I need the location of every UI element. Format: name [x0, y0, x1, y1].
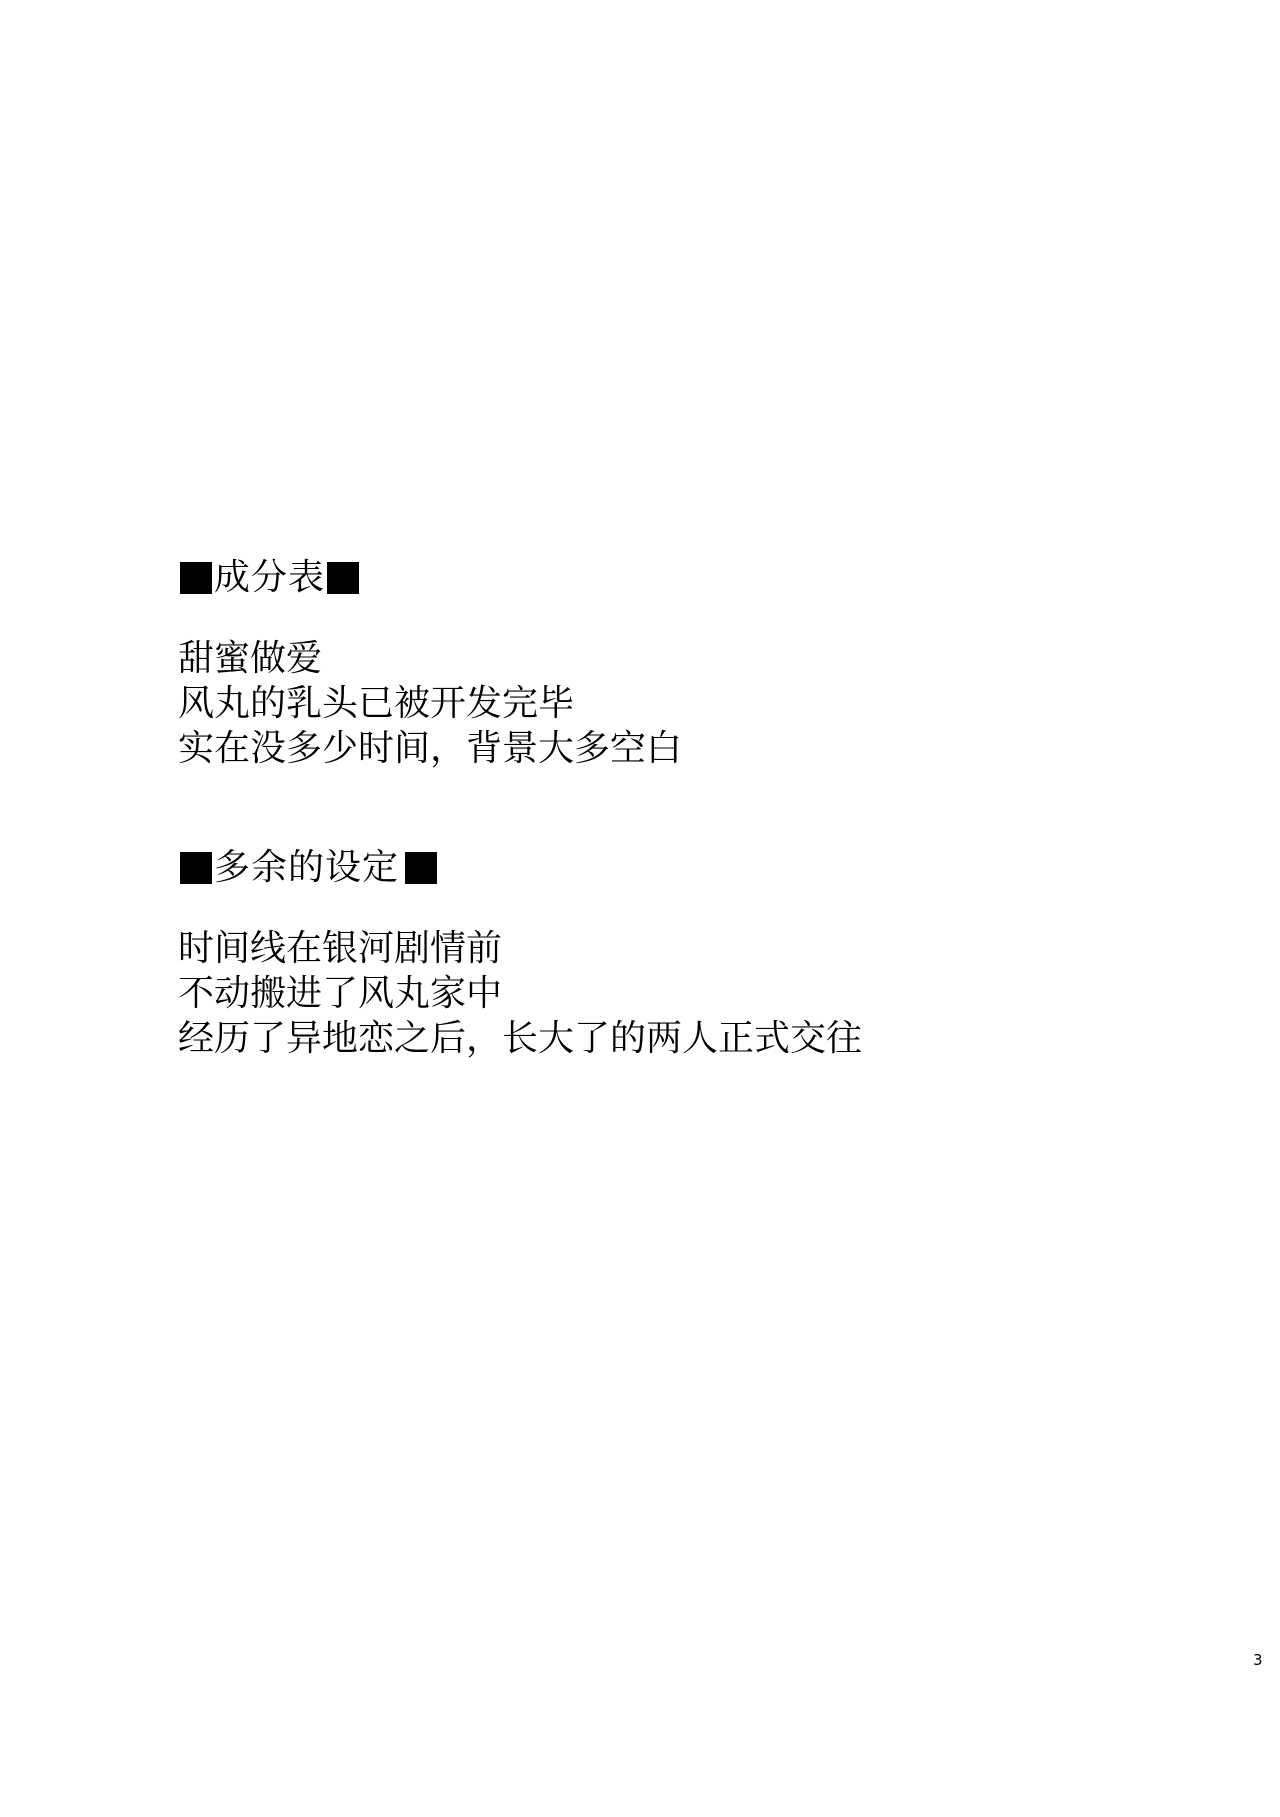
section-body: 时间线在银河剧情前 不动搬进了风丸家中 经历了异地恋之后，长大了的两人正式交往 [178, 926, 862, 1061]
page-number: 3 [1253, 1651, 1263, 1669]
document-page: 成分表 甜蜜做爱 风丸的乳头已被开发完毕 实在没多少时间，背景大多空白 多余的设… [0, 0, 1280, 1817]
body-line: 风丸的乳头已被开发完毕 [178, 681, 682, 726]
black-square-icon [327, 562, 359, 594]
section-extra-settings: 多余的设定 时间线在银河剧情前 不动搬进了风丸家中 经历了异地恋之后，长大了的两… [178, 846, 862, 1061]
heading-text: 成分表 [214, 556, 325, 600]
body-line: 实在没多少时间，背景大多空白 [178, 726, 682, 771]
black-square-icon [180, 562, 212, 594]
section-body: 甜蜜做爱 风丸的乳头已被开发完毕 实在没多少时间，背景大多空白 [178, 636, 682, 771]
black-square-icon [180, 852, 212, 884]
body-line: 甜蜜做爱 [178, 636, 682, 681]
section-heading: 多余的设定 [178, 846, 862, 890]
heading-text: 多余的设定 [214, 846, 399, 890]
section-heading: 成分表 [178, 556, 682, 600]
section-ingredients: 成分表 甜蜜做爱 风丸的乳头已被开发完毕 实在没多少时间，背景大多空白 [178, 556, 682, 771]
black-square-icon [405, 852, 437, 884]
body-line: 时间线在银河剧情前 [178, 926, 862, 971]
body-line: 经历了异地恋之后，长大了的两人正式交往 [178, 1016, 862, 1061]
body-line: 不动搬进了风丸家中 [178, 971, 862, 1016]
